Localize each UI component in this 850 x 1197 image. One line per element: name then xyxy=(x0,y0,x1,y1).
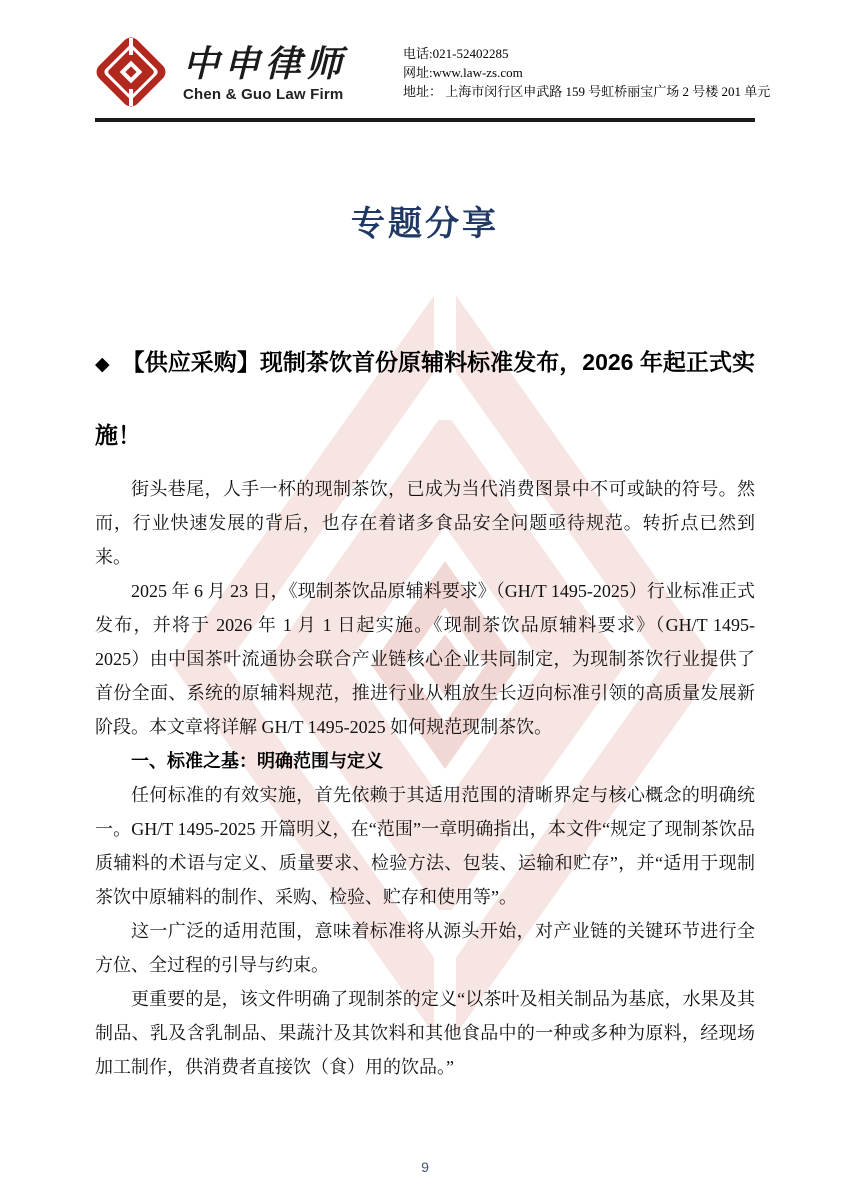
contact-address: 地址： 上海市闵行区申武路 159 号虹桥丽宝广场 2 号楼 201 单元 xyxy=(403,82,755,101)
brand-block: 中申律师 Chen & Guo Law Firm xyxy=(95,36,347,108)
brand-names: 中申律师 Chen & Guo Law Firm xyxy=(183,42,347,103)
page-content: 中申律师 Chen & Guo Law Firm 电话:021-52402285… xyxy=(0,0,850,1084)
paragraph: 街头巷尾，人手一杯的现制茶饮，已成为当代消费图景中不可或缺的符号。然而，行业快速… xyxy=(95,472,755,574)
brand-name-english: Chen & Guo Law Firm xyxy=(183,86,347,103)
header-divider xyxy=(95,118,755,122)
paragraph: 任何标准的有效实施，首先依赖于其适用范围的清晰界定与核心概念的明确统一。GH/T… xyxy=(95,778,755,914)
article-headline: ◆【供应采购】现制茶饮首份原辅料标准发布，2026 年起正式实施！ xyxy=(95,327,755,470)
section-subheading: 一、标准之基：明确范围与定义 xyxy=(95,744,755,778)
contact-website: 网址:www.law-zs.com xyxy=(403,63,755,82)
article-body: 街头巷尾，人手一杯的现制茶饮，已成为当代消费图景中不可或缺的符号。然而，行业快速… xyxy=(95,472,755,1084)
letterhead: 中申律师 Chen & Guo Law Firm 电话:021-52402285… xyxy=(95,0,755,108)
contact-info: 电话:021-52402285 网址:www.law-zs.com 地址： 上海… xyxy=(403,36,755,101)
document-page: 中申律师 Chen & Guo Law Firm 电话:021-52402285… xyxy=(0,0,850,1197)
contact-phone: 电话:021-52402285 xyxy=(403,44,755,63)
page-title: 专题分享 xyxy=(95,196,755,245)
law-firm-logo-icon xyxy=(95,36,167,108)
paragraph: 更重要的是，该文件明确了现制茶的定义“以茶叶及相关制品为基底，水果及其制品、乳及… xyxy=(95,982,755,1084)
paragraph: 这一广泛的适用范围，意味着标准将从源头开始，对产业链的关键环节进行全方位、全过程… xyxy=(95,914,755,982)
diamond-bullet-icon: ◆ xyxy=(95,354,110,375)
page-number: 9 xyxy=(0,1159,850,1175)
paragraph: 2025 年 6 月 23 日，《现制茶饮品原辅料要求》（GH/T 1495-2… xyxy=(95,574,755,744)
brand-name-chinese: 中申律师 xyxy=(183,42,347,86)
article-headline-text: 【供应采购】现制茶饮首份原辅料标准发布，2026 年起正式实施！ xyxy=(95,349,755,448)
